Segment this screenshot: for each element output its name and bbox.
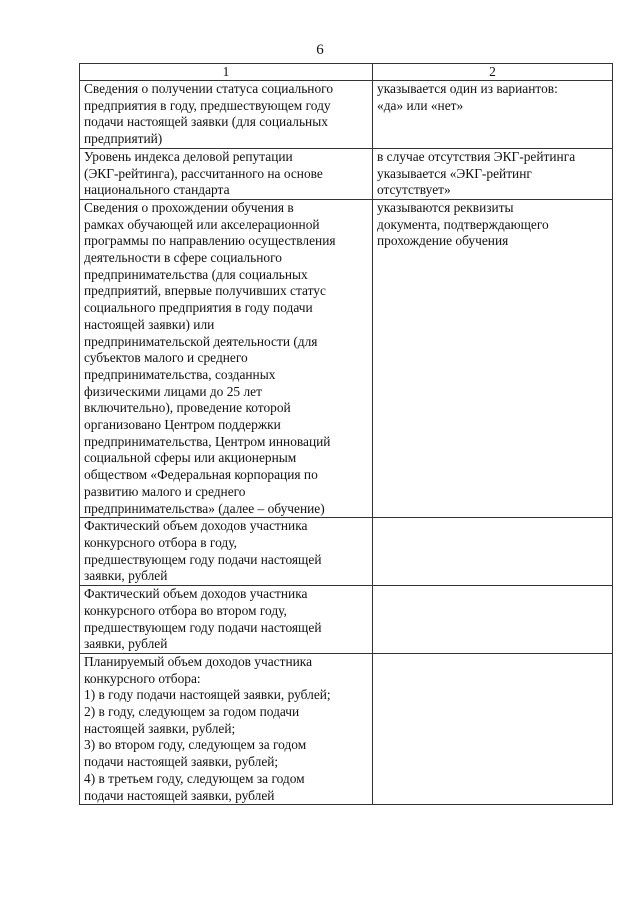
table-row: Сведения о прохождении обучения в рамках… <box>80 199 613 517</box>
field-note <box>373 518 613 586</box>
field-note: указываются реквизиты документа, подтвер… <box>373 199 613 517</box>
field-note <box>373 653 613 804</box>
field-description: Планируемый объем доходов участника конк… <box>80 653 373 804</box>
table-row: Сведения о получении статуса социального… <box>80 81 613 149</box>
field-description: Уровень индекса деловой репутации (ЭКГ-р… <box>80 148 373 199</box>
table-header-row: 1 2 <box>80 64 613 81</box>
table-row: Планируемый объем доходов участника конк… <box>80 653 613 804</box>
field-note <box>373 586 613 654</box>
field-description: Фактический объем доходов участника конк… <box>80 518 373 586</box>
column-header-2: 2 <box>373 64 613 81</box>
field-note: в случае отсутствия ЭКГ-рейтинга указыва… <box>373 148 613 199</box>
application-fields-table: 1 2 Сведения о получении статуса социаль… <box>79 63 613 805</box>
field-note: указывается один из вариантов: «да» или … <box>373 81 613 149</box>
field-description: Сведения о получении статуса социального… <box>80 81 373 149</box>
column-header-1: 1 <box>80 64 373 81</box>
field-description: Фактический объем доходов участника конк… <box>80 586 373 654</box>
field-description: Сведения о прохождении обучения в рамках… <box>80 199 373 517</box>
page-number: 6 <box>0 41 640 59</box>
table-row: Уровень индекса деловой репутации (ЭКГ-р… <box>80 148 613 199</box>
table-row: Фактический объем доходов участника конк… <box>80 586 613 654</box>
table-row: Фактический объем доходов участника конк… <box>80 518 613 586</box>
